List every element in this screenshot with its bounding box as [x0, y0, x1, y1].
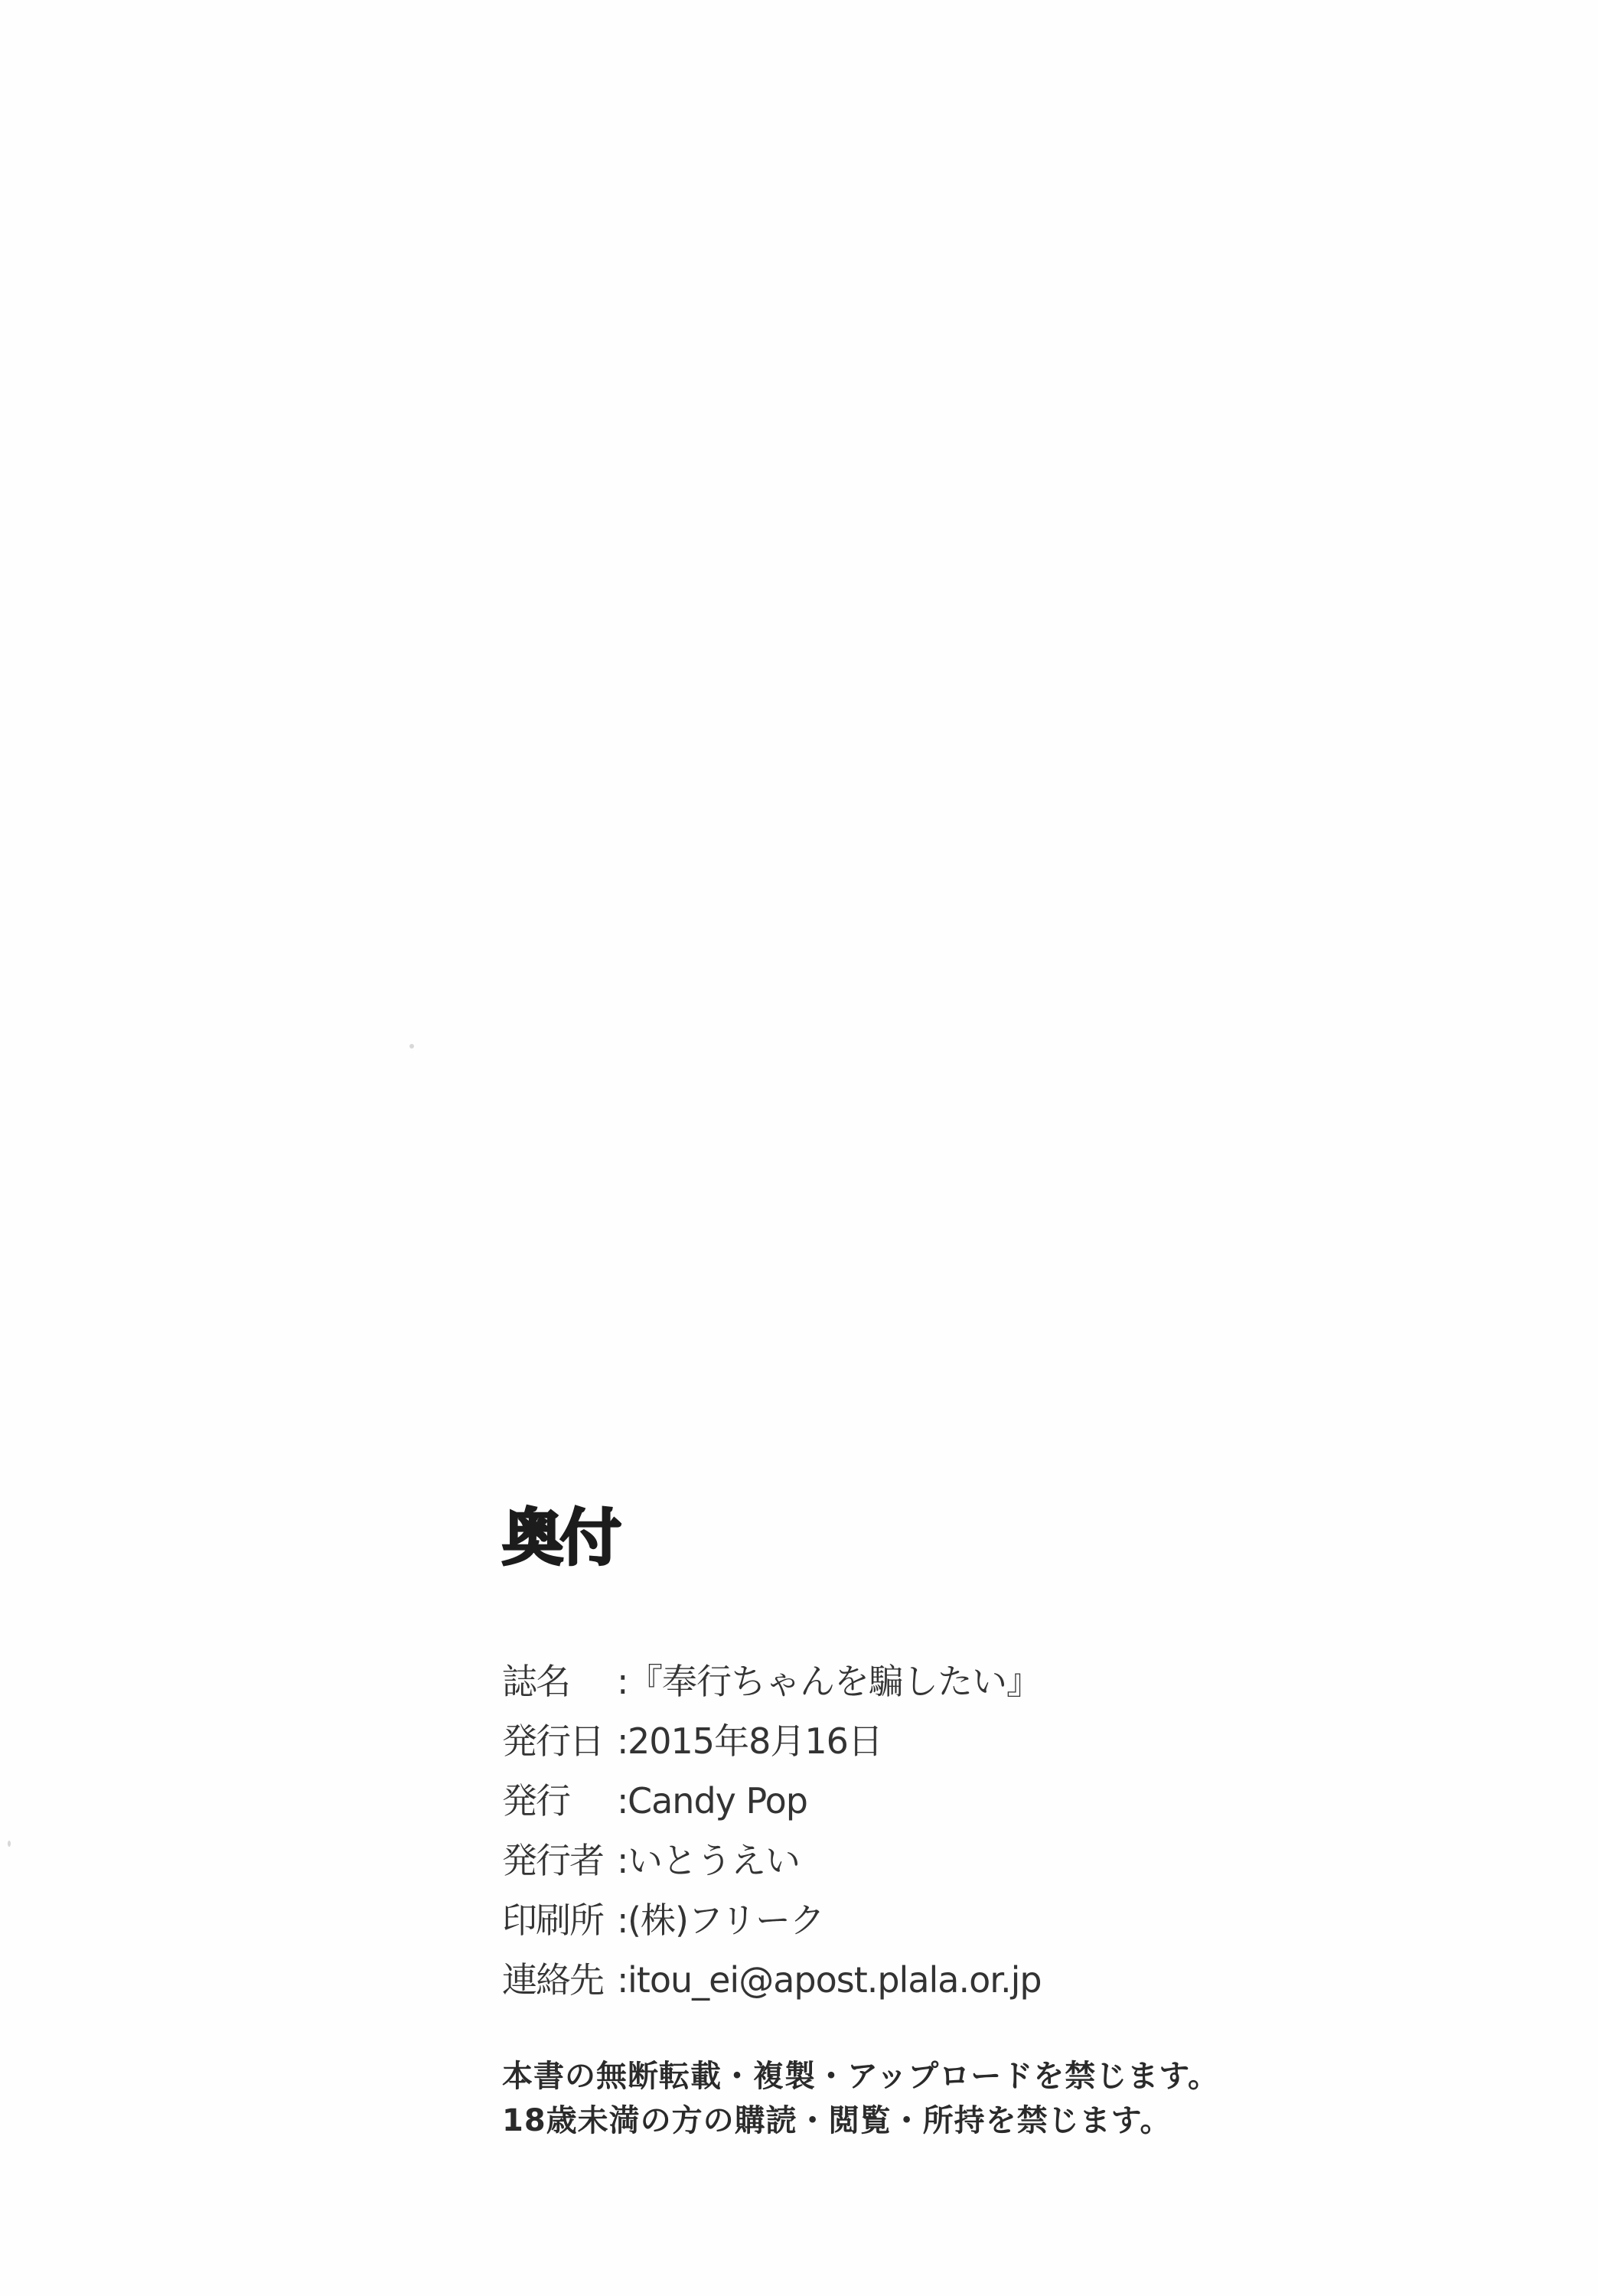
print-speck	[8, 1841, 11, 1847]
info-separator: :	[617, 1831, 628, 1890]
info-separator: :	[617, 1711, 628, 1771]
info-label: 発行者	[502, 1831, 617, 1890]
notice-line-reproduction: 本書の無断転載・複製・アップロードを禁じます。	[502, 2054, 1420, 2099]
info-separator: :	[617, 1890, 628, 1950]
info-value: (株)フリーク	[628, 1890, 824, 1950]
info-label: 連絡先	[502, 1950, 617, 2010]
info-label: 発行日	[502, 1711, 617, 1771]
info-row-publish-date: 発行日 : 2015年8月16日	[502, 1711, 1420, 1771]
info-separator: :	[617, 1652, 628, 1711]
info-row-contact: 連絡先 : itou_ei@apost.plala.or.jp	[502, 1950, 1420, 2010]
info-row-publisher: 発行 : Candy Pop	[502, 1771, 1420, 1831]
info-label: 誌名	[502, 1652, 617, 1711]
info-row-title: 誌名 : 『奉行ちゃんを騙したい』	[502, 1652, 1420, 1711]
colophon-title: 奥付	[502, 1500, 1420, 1577]
contact-email: itou_ei@apost.plala.or.jp	[628, 1950, 1042, 2010]
info-separator: :	[617, 1771, 628, 1831]
info-value: いとうえい	[628, 1831, 800, 1890]
info-value: 『奉行ちゃんを騙したい』	[628, 1652, 1041, 1711]
notice-line-age-restriction: 18歳未満の方の購読・閲覧・所持を禁じます。	[502, 2099, 1420, 2143]
info-label: 発行	[502, 1771, 617, 1831]
publication-info-list: 誌名 : 『奉行ちゃんを騙したい』 発行日 : 2015年8月16日 発行 : …	[502, 1652, 1420, 2010]
info-value: Candy Pop	[628, 1771, 807, 1831]
info-row-issuer: 発行者 : いとうえい	[502, 1831, 1420, 1890]
print-speck	[409, 1044, 414, 1049]
info-value: 2015年8月16日	[628, 1711, 882, 1771]
legal-notice: 本書の無断転載・複製・アップロードを禁じます。 18歳未満の方の購読・閲覧・所持…	[502, 2054, 1420, 2143]
info-label: 印刷所	[502, 1890, 617, 1950]
info-separator: :	[617, 1950, 628, 2010]
colophon: 奥付 誌名 : 『奉行ちゃんを騙したい』 発行日 : 2015年8月16日 発行…	[502, 1500, 1420, 2143]
info-row-printer: 印刷所 : (株)フリーク	[502, 1890, 1420, 1950]
